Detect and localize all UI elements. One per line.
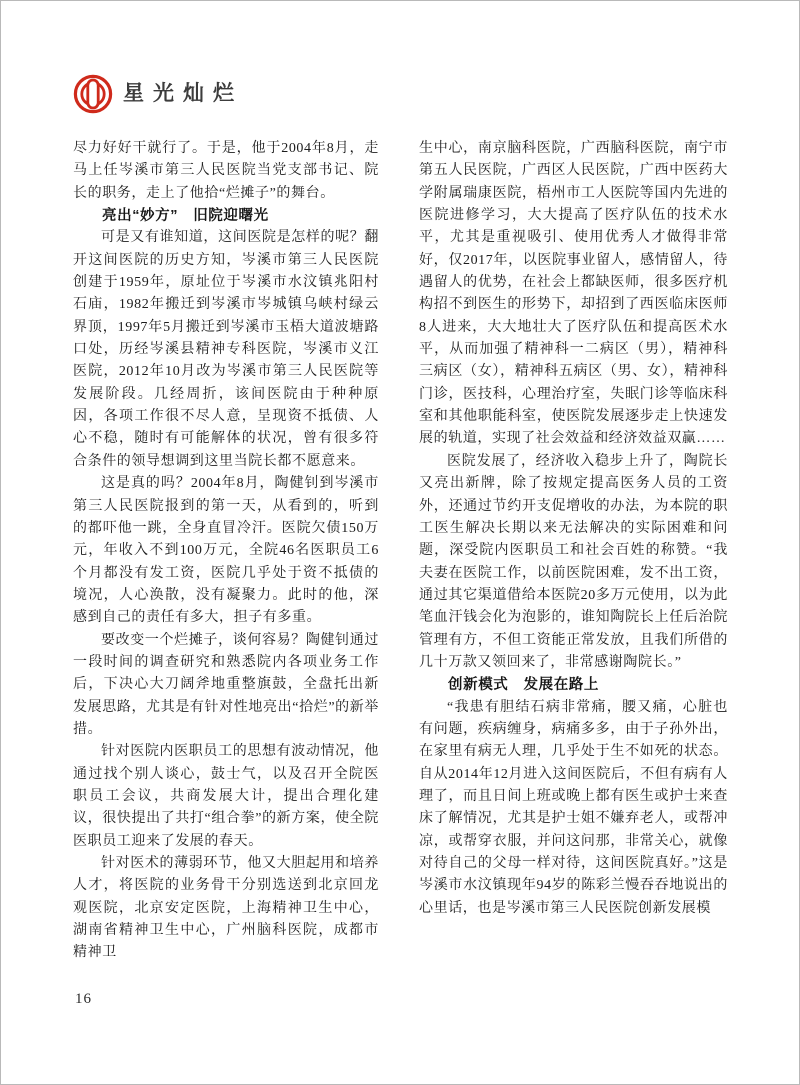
union-emblem-icon	[73, 74, 113, 114]
paragraph-continuation: 生中心，南京脑科医院，广西脑科医院，南宁市第五人民医院，广西区人民医院，广西中医…	[419, 138, 728, 451]
paragraph-continuation: 尽力好好干就行了。于是，他于2004年8月，走马上任岑溪市第三人民医院当党支部书…	[73, 138, 379, 205]
paragraph: 这是真的吗？2004年8月，陶健钊到岑溪市第三人民医院报到的第一天，从看到的，听…	[73, 473, 379, 629]
brand-title: 星光灿烂	[123, 74, 243, 114]
page-header: 星光灿烂	[73, 74, 243, 114]
paragraph: 针对医术的薄弱环节，他又大胆起用和培养人才，将医院的业务骨干分别选送到北京回龙观…	[73, 853, 379, 965]
section-heading: 亮出“妙方” 旧院迎曙光	[73, 205, 379, 227]
article-body: 尽力好好干就行了。于是，他于2004年8月，走马上任岑溪市第三人民医院当党支部书…	[73, 138, 728, 965]
paragraph: 可是又有谁知道，这间医院是怎样的呢？翻开这间医院的历史方知，岑溪市第三人民医院创…	[73, 227, 379, 473]
right-column: 生中心，南京脑科医院，广西脑科医院，南宁市第五人民医院，广西区人民医院，广西中医…	[419, 138, 728, 965]
magazine-page: 星光灿烂 尽力好好干就行了。于是，他于2004年8月，走马上任岑溪市第三人民医院…	[0, 0, 800, 1085]
paragraph: 要改变一个烂摊子，谈何容易？陶健钊通过一段时间的调查研究和熟悉院内各项业务工作后…	[73, 630, 379, 742]
left-column: 尽力好好干就行了。于是，他于2004年8月，走马上任岑溪市第三人民医院当党支部书…	[73, 138, 379, 965]
paragraph: “我患有胆结石病非常痛，腰又痛，心脏也有问题，疾病缠身，病痛多多，由于子孙外出，…	[419, 697, 728, 920]
section-heading: 创新模式 发展在路上	[419, 674, 728, 696]
paragraph: 针对医院内医职员工的思想有波动情况，他通过找个别人谈心，鼓士气，以及召开全院医职…	[73, 741, 379, 853]
page-number: 16	[75, 991, 92, 1008]
paragraph: 医院发展了，经济收入稳步上升了，陶院长又亮出新牌，除了按规定提高医务人员的工资外…	[419, 451, 728, 674]
emblem-center-bar	[88, 80, 98, 108]
